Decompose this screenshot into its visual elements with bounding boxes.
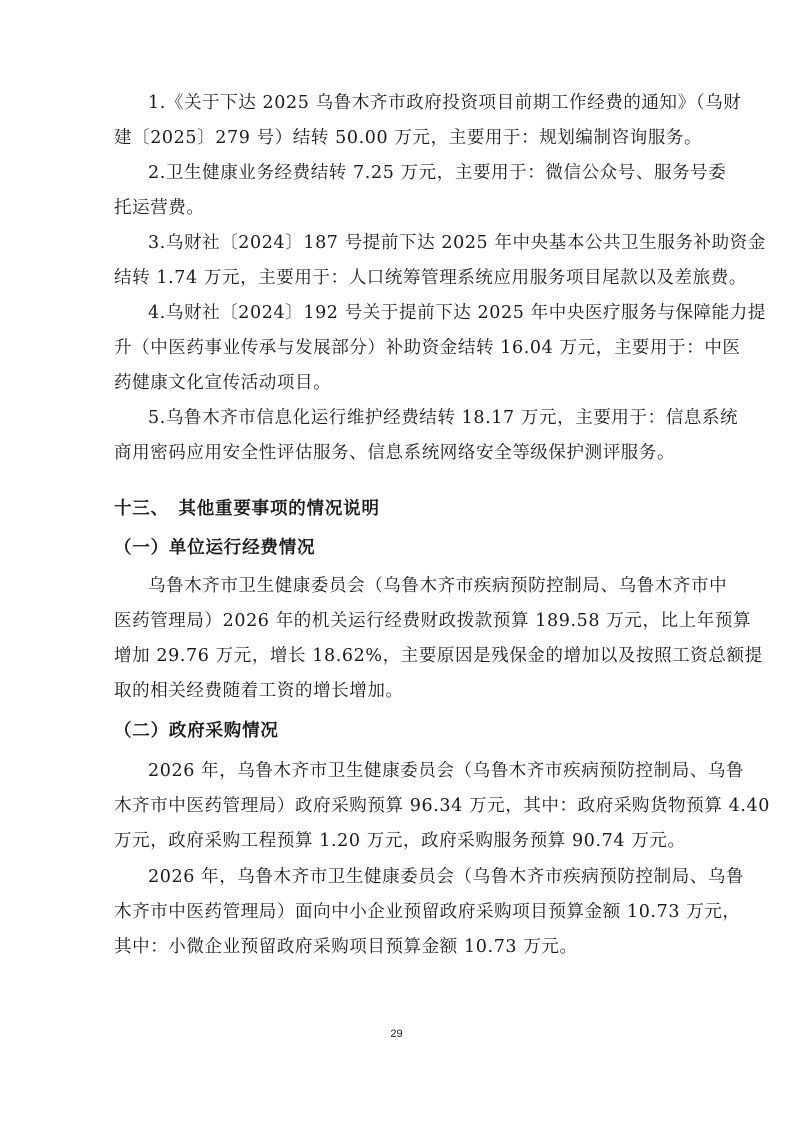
item-5-line-1: 5.乌鲁木齐市信息化运行维护经费结转 18.17 万元，主要用于：信息系统 — [148, 407, 748, 429]
subsection-2-heading: （二）政府采购情况 — [114, 720, 714, 742]
item-3-line-2: 结转 1.74 万元，主要用于：人口统筹管理系统应用服务项目尾款以及差旅费。 — [114, 267, 714, 289]
subsection-1-line-4: 取的相关经费随着工资的增长增加。 — [114, 680, 714, 702]
subsection-2-para-1-line-1: 2026 年，乌鲁木齐市卫生健康委员会（乌鲁木齐市疾病预防控制局、乌鲁 — [148, 760, 748, 782]
subsection-2-para-1-line-3: 万元，政府采购工程预算 1.20 万元，政府采购服务预算 90.74 万元。 — [114, 830, 714, 852]
subsection-2-para-2-line-1: 2026 年，乌鲁木齐市卫生健康委员会（乌鲁木齐市疾病预防控制局、乌鲁 — [148, 866, 748, 888]
item-3-line-1: 3.乌财社〔2024〕187 号提前下达 2025 年中央基本公共卫生服务补助资… — [148, 232, 748, 254]
item-4-line-3: 药健康文化宣传活动项目。 — [114, 372, 714, 394]
document-page: 1.《关于下达 2025 乌鲁木齐市政府投资项目前期工作经费的通知》（乌财 建〔… — [0, 0, 793, 1122]
subsection-2-para-1-line-2: 木齐市中医药管理局）政府采购预算 96.34 万元，其中：政府采购货物预算 4.… — [114, 795, 714, 817]
item-4-line-2: 升（中医药事业传承与发展部分）补助资金结转 16.04 万元，主要用于：中医 — [114, 337, 714, 359]
page-number: 29 — [0, 1028, 793, 1040]
section-heading: 十三、 其他重要事项的情况说明 — [114, 498, 714, 520]
item-1-line-2: 建〔2025〕279 号）结转 50.00 万元，主要用于：规划编制咨询服务。 — [114, 127, 714, 149]
item-2-line-2: 托运营费。 — [114, 197, 714, 219]
subsection-1-line-3: 增加 29.76 万元，增长 18.62%，主要原因是残保金的增加以及按照工资总… — [114, 645, 714, 667]
subsection-1-heading: （一）单位运行经费情况 — [114, 537, 714, 559]
subsection-1-line-1: 乌鲁木齐市卫生健康委员会（乌鲁木齐市疾病预防控制局、乌鲁木齐市中 — [148, 575, 748, 597]
subsection-2-para-2-line-3: 其中：小微企业预留政府采购项目预算金额 10.73 万元。 — [114, 936, 714, 958]
item-4-line-1: 4.乌财社〔2024〕192 号关于提前下达 2025 年中央医疗服务与保障能力… — [148, 302, 748, 324]
subsection-2-para-2-line-2: 木齐市中医药管理局）面向中小企业预留政府采购项目预算金额 10.73 万元， — [114, 901, 714, 923]
item-1-line-1: 1.《关于下达 2025 乌鲁木齐市政府投资项目前期工作经费的通知》（乌财 — [148, 92, 748, 114]
subsection-1-line-2: 医药管理局）2026 年的机关运行经费财政拨款预算 189.58 万元，比上年预… — [114, 610, 714, 632]
item-5-line-2: 商用密码应用安全性评估服务、信息系统网络安全等级保护测评服务。 — [114, 442, 714, 464]
item-2-line-1: 2.卫生健康业务经费结转 7.25 万元，主要用于：微信公众号、服务号委 — [148, 162, 748, 184]
